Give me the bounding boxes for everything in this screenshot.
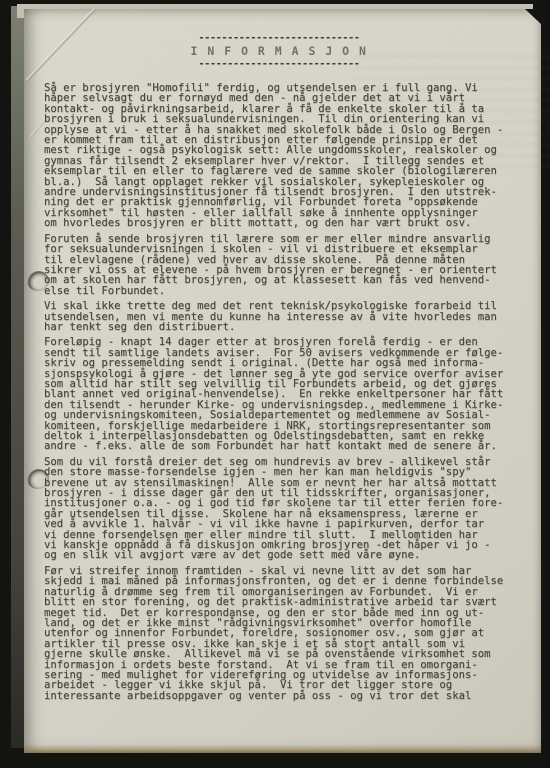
paragraph-mass-mailing: Som du vil forstå dreier det seg om hund…	[44, 457, 541, 561]
paragraph-distribution-note: Vi skal ikke trette deg med det rent tek…	[44, 301, 541, 332]
paragraph-brochure-sendout: Så er brosjyren "Homofili" ferdig, og ut…	[44, 83, 541, 229]
document-body: Så er brosjyren "Homofili" ferdig, og ut…	[44, 83, 541, 701]
scanned-document: ---------------------------- I N F O R M…	[0, 0, 550, 768]
paragraph-press-mailing: Foreløpig - knapt 14 dager etter at bros…	[44, 337, 541, 451]
title-block: ---------------------------- I N F O R M…	[184, 35, 374, 68]
paragraph-student-councils: Foruten å sende brosjyren til lærere som…	[44, 234, 541, 296]
typewritten-content: ---------------------------- I N F O R M…	[24, 9, 541, 753]
paragraph-future-reorganization: Før vi streifer innom framtiden - skal v…	[44, 566, 541, 701]
page-title: I N F O R M A S J O N	[184, 42, 374, 61]
title-rule-bottom: ----------------------------	[184, 61, 374, 68]
title-rule-top: ----------------------------	[184, 35, 374, 42]
document-page: ---------------------------- I N F O R M…	[24, 9, 541, 753]
